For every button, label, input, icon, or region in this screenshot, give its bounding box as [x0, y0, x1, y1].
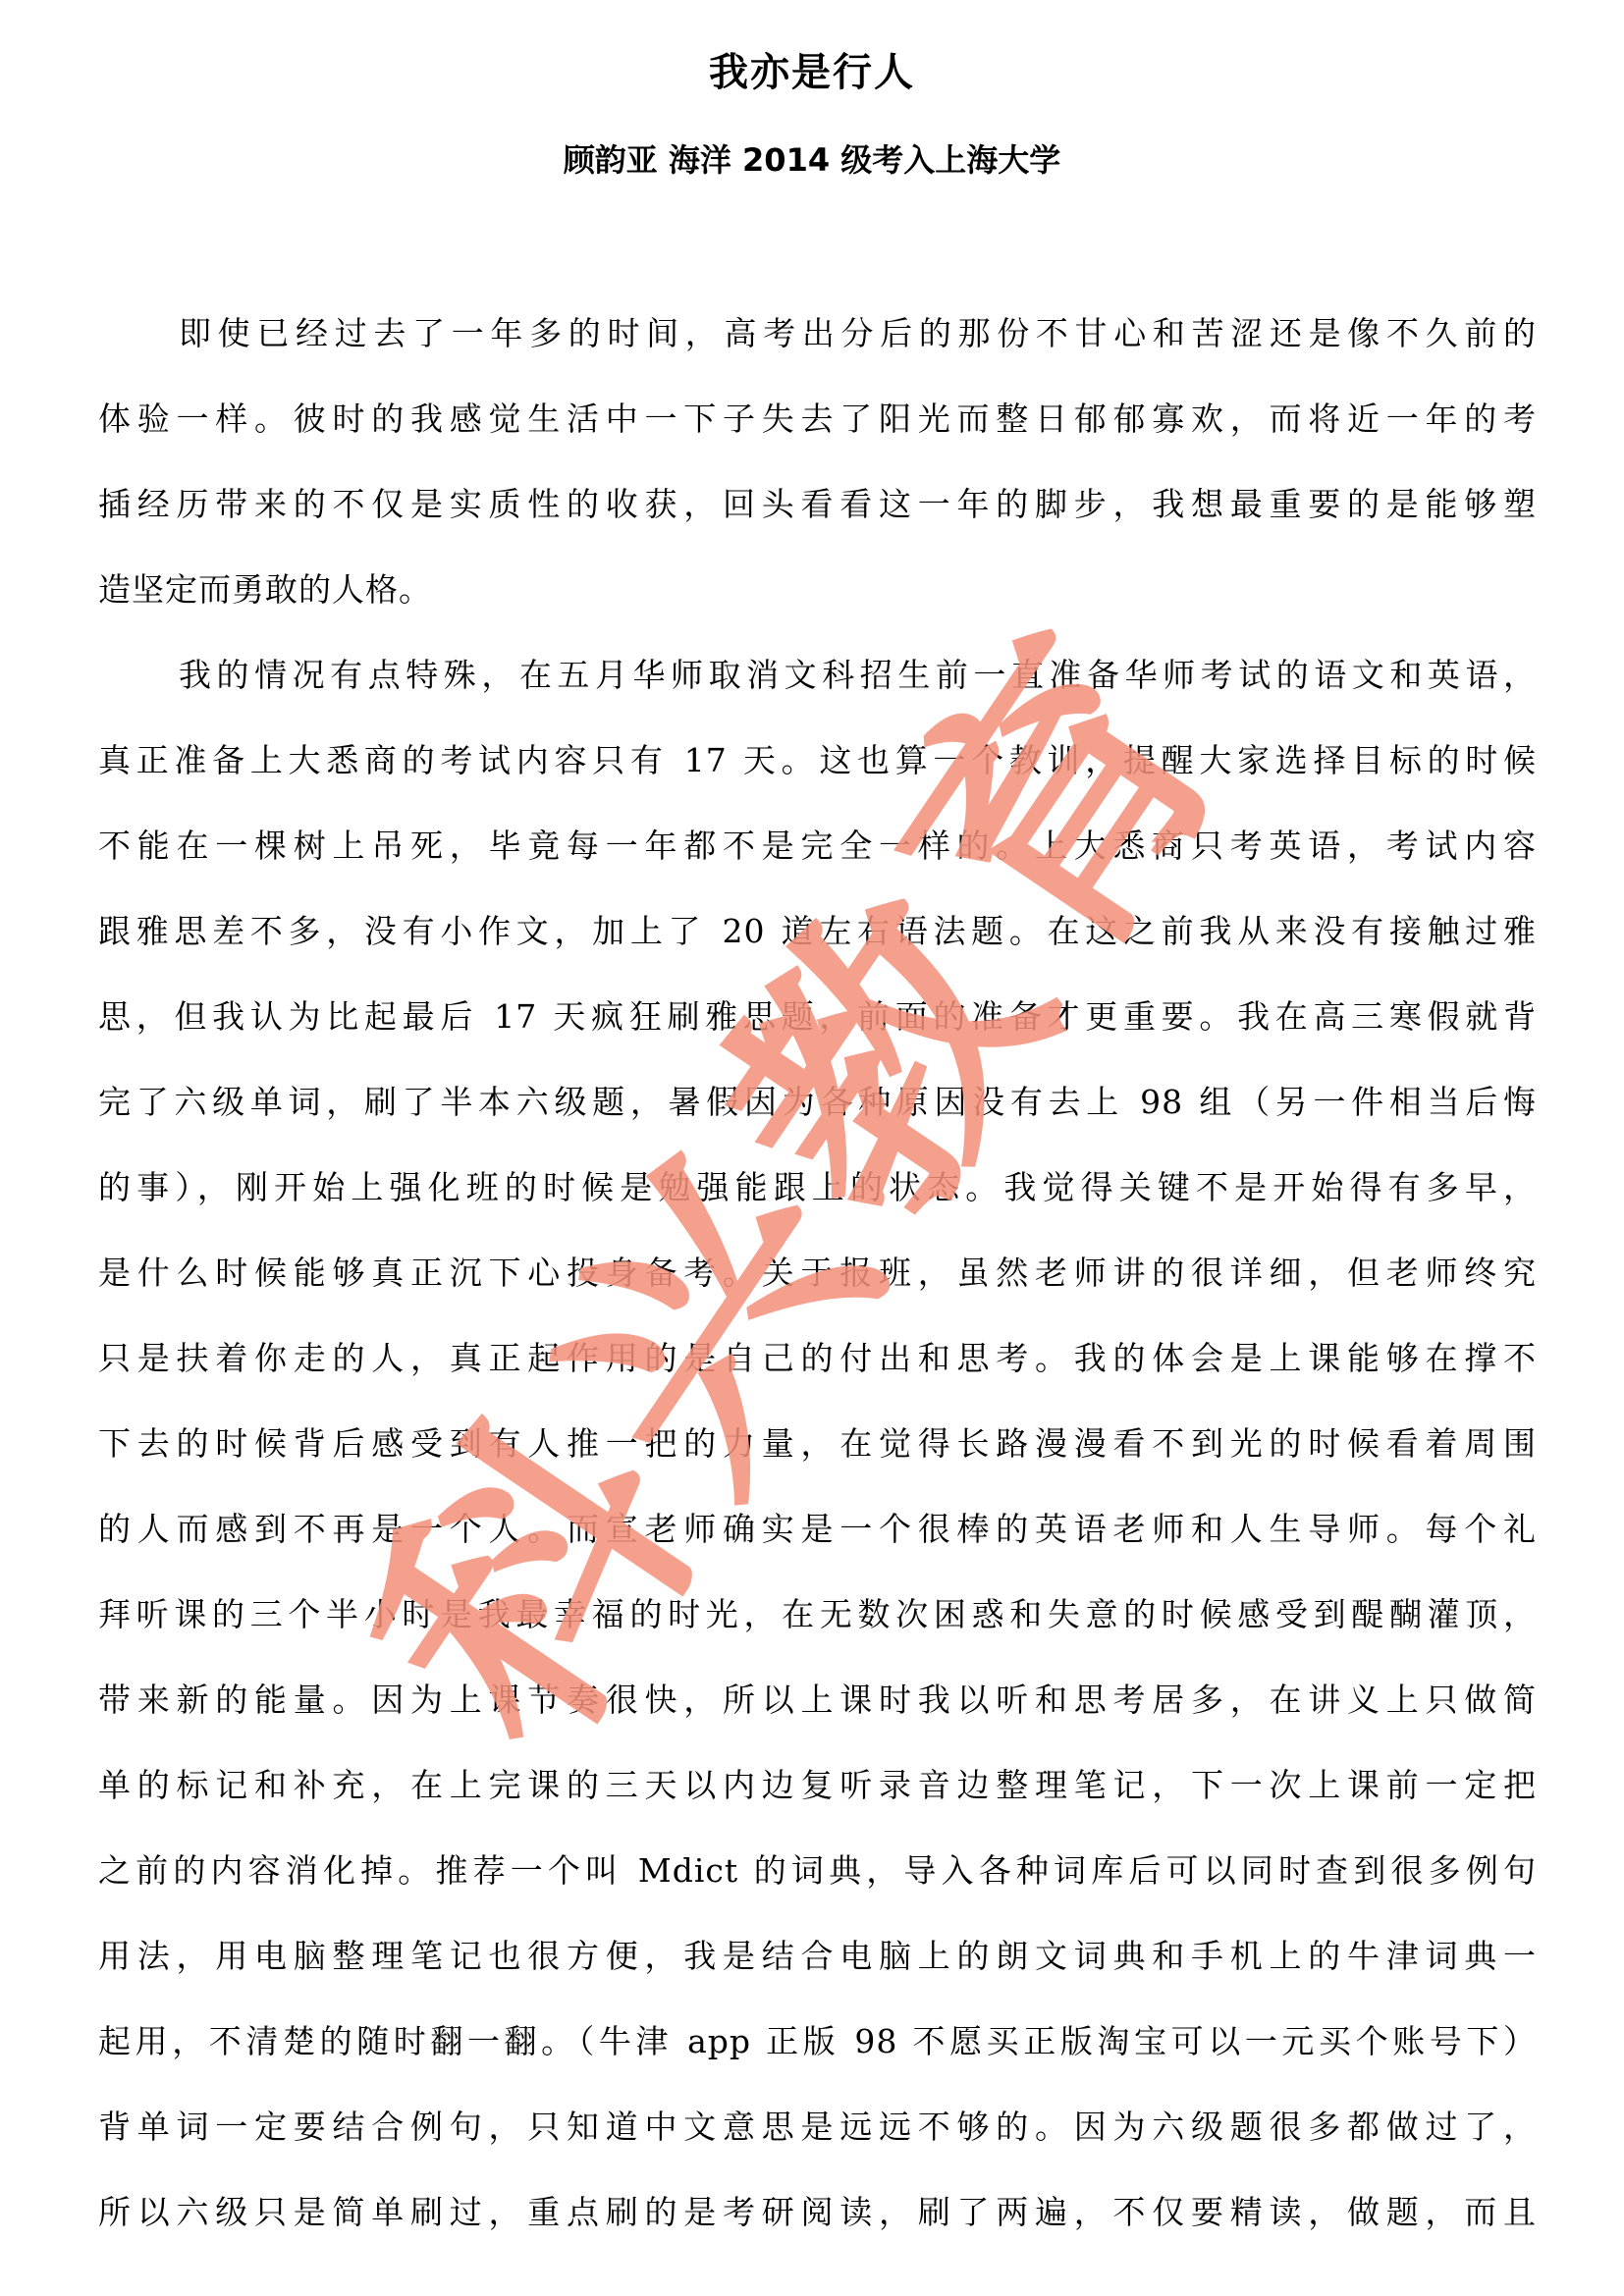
- paragraph-2-line-7: 的事），刚开始上强化班的时候是勉强能跟上的状态。我觉得关键不是开始得有多早，: [98, 1163, 1537, 1212]
- paragraph-2-line-19: 所以六级只是简单刷过，重点刷的是考研阅读，刷了两遍，不仅要精读，做题，而且: [98, 2188, 1537, 2237]
- document-page: 我亦是行人 顾韵亚 海洋 2014 级考入上海大学 即使已经过去了一年多的时间，…: [0, 0, 1624, 2296]
- document-title: 我亦是行人: [0, 47, 1624, 98]
- paragraph-2-line-17: 起用，不清楚的随时翻一翻。（牛津 app 正版 98 不愿买正版淘宝可以一元买个…: [98, 2017, 1537, 2066]
- paragraph-2-line-4: 跟雅思差不多，没有小作文，加上了 20 道左右语法题。在这之前我从来没有接触过雅: [98, 907, 1537, 956]
- paragraph-1-line-4: 造坚定而勇敢的人格。: [98, 565, 1537, 614]
- paragraph-2-line-2: 真正准备上大悉商的考试内容只有 17 天。这也算一个教训，提醒大家选择目标的时候: [98, 736, 1537, 785]
- paragraph-2-line-16: 用法，用电脑整理笔记也很方便，我是结合电脑上的朗文词典和手机上的牛津词典一: [98, 1932, 1537, 1981]
- paragraph-2-line-11: 的人而感到不再是一个人。而宣老师确实是一个很棒的英语老师和人生导师。每个礼: [98, 1505, 1537, 1554]
- paragraph-2-line-15: 之前的内容消化掉。推荐一个叫 Mdict 的词典，导入各种词库后可以同时查到很多…: [98, 1846, 1537, 1896]
- paragraph-2-line-5: 思，但我认为比起最后 17 天疯狂刷雅思题，前面的准备才更重要。我在高三寒假就背: [98, 992, 1537, 1041]
- paragraph-2-line-10: 下去的时候背后感受到有人推一把的力量，在觉得长路漫漫看不到光的时候看着周围: [98, 1419, 1537, 1468]
- document-subtitle: 顾韵亚 海洋 2014 级考入上海大学: [0, 137, 1624, 183]
- paragraph-2-line-9: 只是扶着你走的人，真正起作用的是自己的付出和思考。我的体会是上课能够在撑不: [98, 1334, 1537, 1383]
- paragraph-2-line-13: 带来新的能量。因为上课节奏很快，所以上课时我以听和思考居多，在讲义上只做简: [98, 1676, 1537, 1725]
- paragraph-2-line-18: 背单词一定要结合例句，只知道中文意思是远远不够的。因为六级题很多都做过了，: [98, 2103, 1537, 2152]
- paragraph-2-line-12: 拜听课的三个半小时是我最幸福的时光，在无数次困惑和失意的时候感受到醍醐灌顶，: [98, 1590, 1537, 1639]
- paragraph-2-line-8: 是什么时候能够真正沉下心投身备考。关于报班，虽然老师讲的很详细，但老师终究: [98, 1249, 1537, 1298]
- paragraph-2-line-6: 完了六级单词，刷了半本六级题，暑假因为各种原因没有去上 98 组（另一件相当后悔: [98, 1078, 1537, 1127]
- paragraph-1-line-2: 体验一样。彼时的我感觉生活中一下子失去了阳光而整日郁郁寡欢，而将近一年的考: [98, 395, 1537, 444]
- paragraph-1-line-3: 插经历带来的不仅是实质性的收获，回头看看这一年的脚步，我想最重要的是能够塑: [98, 480, 1537, 529]
- paragraph-1-line-1: 即使已经过去了一年多的时间，高考出分后的那份不甘心和苦涩还是像不久前的: [98, 309, 1537, 358]
- paragraph-2-line-1: 我的情况有点特殊，在五月华师取消文科招生前一直准备华师考试的语文和英语，: [98, 651, 1537, 700]
- paragraph-2-line-3: 不能在一棵树上吊死，毕竟每一年都不是完全一样的。上大悉商只考英语，考试内容: [98, 822, 1537, 871]
- paragraph-2-line-14: 单的标记和补充，在上完课的三天以内边复听录音边整理笔记，下一次上课前一定把: [98, 1761, 1537, 1810]
